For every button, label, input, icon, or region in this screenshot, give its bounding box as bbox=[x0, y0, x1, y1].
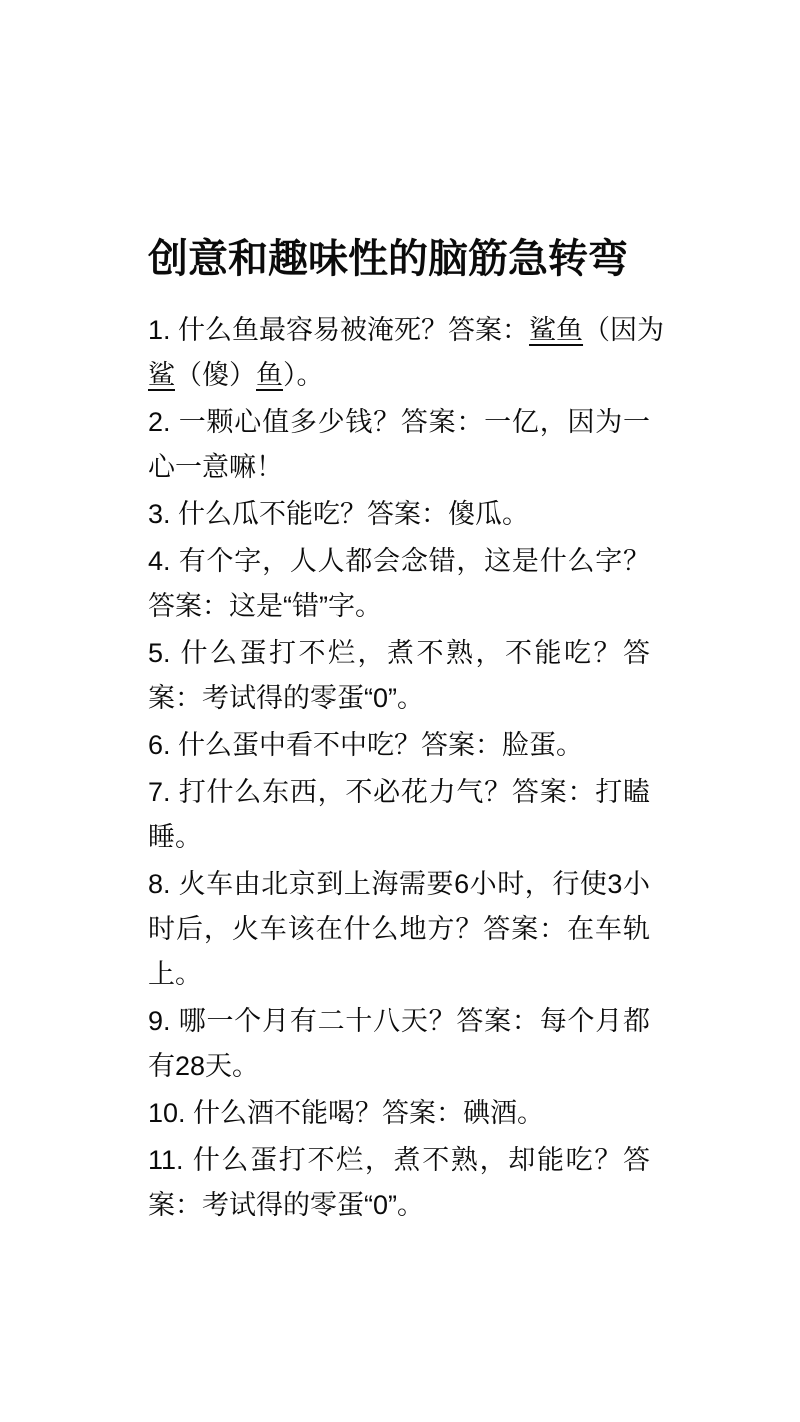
text-segment: 上。 bbox=[148, 959, 202, 989]
text-line: 6. 什么蛋中看不中吃？答案：脸蛋。 bbox=[148, 723, 650, 768]
text-line: 答案：这是“错”字。 bbox=[148, 584, 650, 629]
text-line: 7. 打什么东西，不必花力气？答案：打瞌 bbox=[148, 770, 650, 815]
brainteaser-item-6: 6. 什么蛋中看不中吃？答案：脸蛋。 bbox=[148, 723, 650, 768]
text-segment: 有28天。 bbox=[148, 1051, 259, 1081]
brainteaser-item-4: 4. 有个字，人人都会念错，这是什么字？答案：这是“错”字。 bbox=[148, 539, 650, 629]
text-segment: 6. 什么蛋中看不中吃？答案：脸蛋。 bbox=[148, 730, 583, 760]
text-line: 1. 什么鱼最容易被淹死？答案：鲨鱼（因为 bbox=[148, 308, 650, 353]
text-segment: 答案：这是“错”字。 bbox=[148, 591, 382, 621]
text-line: 4. 有个字，人人都会念错，这是什么字？ bbox=[148, 539, 650, 584]
text-line: 心一意嘛！ bbox=[148, 445, 650, 490]
underlined-text: 鱼 bbox=[256, 360, 283, 390]
document-page: 创意和趣味性的脑筋急转弯 1. 什么鱼最容易被淹死？答案：鲨鱼（因为鲨（傻）鱼）… bbox=[0, 0, 800, 1422]
brainteaser-item-3: 3. 什么瓜不能吃？答案：傻瓜。 bbox=[148, 492, 650, 537]
brainteaser-item-8: 8. 火车由北京到上海需要6小时，行使3小时后，火车该在什么地方？答案：在车轨上… bbox=[148, 862, 650, 997]
text-segment: （傻） bbox=[175, 360, 256, 390]
text-segment: 睡。 bbox=[148, 822, 202, 852]
brainteaser-item-2: 2. 一颗心值多少钱？答案：一亿，因为一心一意嘛！ bbox=[148, 400, 650, 490]
text-segment: 案：考试得的零蛋“0”。 bbox=[148, 1190, 424, 1220]
text-line: 8. 火车由北京到上海需要6小时，行使3小 bbox=[148, 862, 650, 907]
text-segment: 2. 一颗心值多少钱？答案：一亿，因为一 bbox=[148, 407, 650, 437]
brainteaser-item-1: 1. 什么鱼最容易被淹死？答案：鲨鱼（因为鲨（傻）鱼）。 bbox=[148, 308, 650, 398]
text-segment: （因为 bbox=[583, 315, 664, 345]
text-line: 有28天。 bbox=[148, 1044, 650, 1089]
text-segment: 案：考试得的零蛋“0”。 bbox=[148, 683, 424, 713]
text-line: 时后，火车该在什么地方？答案：在车轨 bbox=[148, 907, 650, 952]
brainteaser-item-10: 10. 什么酒不能喝？答案：碘酒。 bbox=[148, 1091, 650, 1136]
text-segment: 10. 什么酒不能喝？答案：碘酒。 bbox=[148, 1098, 544, 1128]
text-segment: 3. 什么瓜不能吃？答案：傻瓜。 bbox=[148, 499, 529, 529]
text-segment: 11. 什么蛋打不烂，煮不熟，却能吃？答 bbox=[148, 1145, 650, 1175]
text-line: 案：考试得的零蛋“0”。 bbox=[148, 1183, 650, 1228]
text-segment: 4. 有个字，人人都会念错，这是什么字？ bbox=[148, 546, 650, 576]
text-segment: 9. 哪一个月有二十八天？答案：每个月都 bbox=[148, 1006, 650, 1036]
text-line: 鲨（傻）鱼）。 bbox=[148, 353, 650, 398]
underlined-text: 鲨鱼 bbox=[529, 315, 583, 345]
text-line: 11. 什么蛋打不烂，煮不熟，却能吃？答 bbox=[148, 1138, 650, 1183]
text-line: 9. 哪一个月有二十八天？答案：每个月都 bbox=[148, 999, 650, 1044]
text-segment: 8. 火车由北京到上海需要6小时，行使3小 bbox=[148, 869, 650, 899]
text-segment: ）。 bbox=[283, 360, 324, 390]
text-line: 上。 bbox=[148, 952, 650, 997]
brainteaser-item-9: 9. 哪一个月有二十八天？答案：每个月都有28天。 bbox=[148, 999, 650, 1089]
brainteaser-item-11: 11. 什么蛋打不烂，煮不熟，却能吃？答案：考试得的零蛋“0”。 bbox=[148, 1138, 650, 1228]
text-line: 案：考试得的零蛋“0”。 bbox=[148, 676, 650, 721]
text-segment: 心一意嘛！ bbox=[148, 452, 283, 482]
text-segment: 时后，火车该在什么地方？答案：在车轨 bbox=[148, 914, 650, 944]
brainteaser-item-5: 5. 什么蛋打不烂，煮不熟，不能吃？答案：考试得的零蛋“0”。 bbox=[148, 631, 650, 721]
text-line: 10. 什么酒不能喝？答案：碘酒。 bbox=[148, 1091, 650, 1136]
text-line: 2. 一颗心值多少钱？答案：一亿，因为一 bbox=[148, 400, 650, 445]
brainteaser-item-7: 7. 打什么东西，不必花力气？答案：打瞌睡。 bbox=[148, 770, 650, 860]
text-segment: 7. 打什么东西，不必花力气？答案：打瞌 bbox=[148, 777, 650, 807]
brainteaser-list: 1. 什么鱼最容易被淹死？答案：鲨鱼（因为鲨（傻）鱼）。2. 一颗心值多少钱？答… bbox=[148, 308, 650, 1228]
text-segment: 1. 什么鱼最容易被淹死？答案： bbox=[148, 315, 529, 345]
underlined-text: 鲨 bbox=[148, 360, 175, 390]
text-line: 3. 什么瓜不能吃？答案：傻瓜。 bbox=[148, 492, 650, 537]
text-segment: 5. 什么蛋打不烂，煮不熟，不能吃？答 bbox=[148, 638, 650, 668]
text-line: 睡。 bbox=[148, 815, 650, 860]
document-title: 创意和趣味性的脑筋急转弯 bbox=[148, 236, 652, 282]
text-line: 5. 什么蛋打不烂，煮不熟，不能吃？答 bbox=[148, 631, 650, 676]
